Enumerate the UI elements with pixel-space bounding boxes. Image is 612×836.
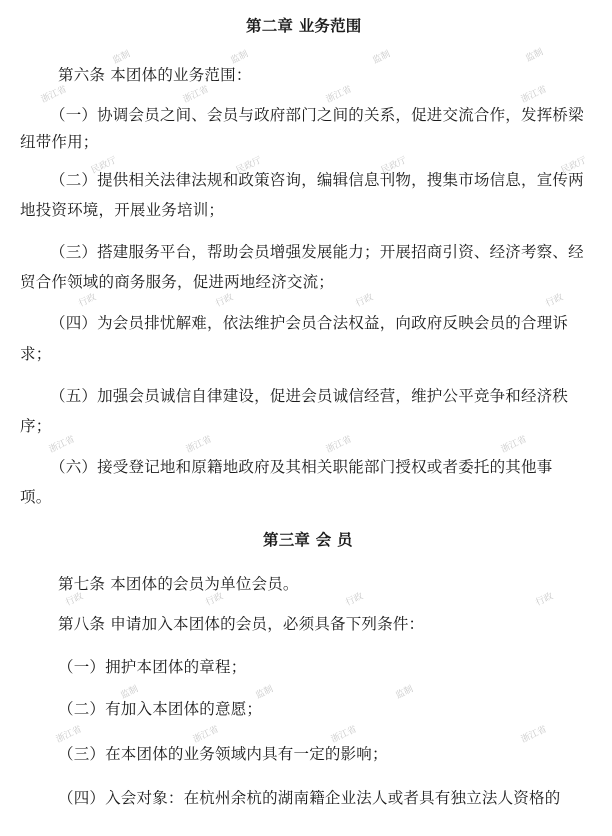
watermark: 行政: [343, 589, 365, 608]
item-6-line-1: （六）接受登记地和原籍地政府及其相关职能部门授权或者委托的其他事: [50, 455, 552, 477]
watermark: 行政: [533, 589, 555, 608]
watermark: 行政: [213, 290, 235, 309]
watermark: 浙江省: [184, 432, 214, 455]
watermark: 浙江省: [324, 432, 354, 455]
condition-1: （一）拥护本团体的章程；: [58, 655, 246, 677]
item-2-line-1: （二）提供相关法律法规和政策咨询，编辑信息刊物，搜集市场信息，宣传两: [50, 168, 584, 190]
item-6-line-2: 项。: [20, 485, 51, 507]
article-7: 第七条 本团体的会员为单位会员。: [58, 572, 299, 594]
watermark: 行政: [543, 290, 565, 309]
watermark: 监制: [393, 682, 415, 701]
condition-2: （二）有加入本团体的意愿；: [58, 697, 262, 719]
item-3-line-2: 贸合作领域的商务服务，促进两地经济交流；: [20, 270, 334, 292]
condition-4: （四）入会对象：在杭州余杭的湖南籍企业法人或者具有独立法人资格的: [58, 786, 560, 808]
item-4-line-2: 求；: [20, 342, 51, 364]
watermark: 浙江省: [181, 82, 211, 105]
item-5-line-2: 序；: [20, 414, 51, 436]
item-1-line-1: （一）协调会员之间、会员与政府部门之间的关系，促进交流合作，发挥桥梁: [50, 103, 584, 125]
watermark: 监制: [523, 45, 545, 64]
condition-3: （三）在本团体的业务领域内具有一定的影响；: [58, 742, 388, 764]
chapter-2-title: 第二章 业务范围: [246, 14, 362, 36]
watermark: 浙江省: [499, 432, 529, 455]
watermark: 浙江省: [519, 82, 549, 105]
item-4-line-1: （四）为会员排忧解难，依法维护会员合法权益，向政府反映会员的合理诉: [50, 311, 568, 333]
watermark: 浙江省: [519, 722, 549, 745]
document-page: 监制 监制 监制 监制 浙江省 浙江省 浙江省 浙江省 民政厅 民政厅 民政厅 …: [0, 0, 612, 836]
watermark: 监制: [370, 47, 392, 66]
item-1-line-2: 纽带作用；: [20, 130, 99, 152]
item-5-line-1: （五）加强会员诚信自律建设，促进会员诚信经营，维护公平竞争和经济秩: [50, 384, 568, 406]
article-6: 第六条 本团体的业务范围：: [58, 63, 252, 85]
watermark: 浙江省: [39, 82, 69, 105]
article-8: 第八条 申请加入本团体的会员，必须具备下列条件：: [58, 612, 424, 634]
item-3-line-1: （三）搭建服务平台，帮助会员增强发展能力；开展招商引资、经济考察、经: [50, 240, 584, 262]
chapter-3-title: 第三章 会 员: [263, 528, 353, 550]
watermark: 行政: [353, 290, 375, 309]
watermark: 浙江省: [324, 82, 354, 105]
item-2-line-2: 地投资环境，开展业务培训；: [20, 198, 224, 220]
watermark: 行政: [76, 290, 98, 309]
